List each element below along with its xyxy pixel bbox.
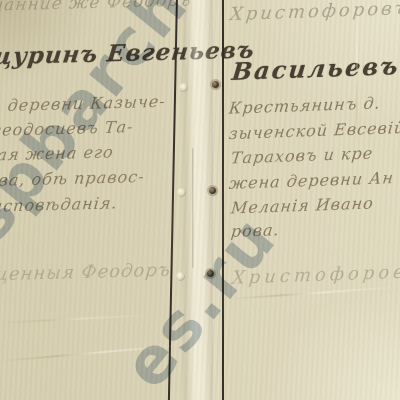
right-body-line: Тараховъ и кре — [230, 143, 374, 167]
binding-rivet — [212, 81, 219, 88]
emboss-mark — [176, 272, 185, 281]
left-body-line: ъ деревни Казыче- — [0, 92, 167, 116]
page-fold — [185, 0, 213, 400]
right-top-pencil-annotation: Христофоровъ — [229, 0, 400, 25]
ruled-line-right — [222, 0, 224, 400]
paper-crease — [228, 286, 400, 300]
left-top-pencil-annotation: нанние же Феодоръ — [0, 0, 193, 16]
right-body-line: Меланія Ивано — [230, 193, 375, 217]
document-scan: нанние же Феодоръ щуринъ Евгеньевъ ъ дер… — [0, 0, 400, 400]
left-body-line: ная жена его — [0, 142, 115, 164]
emboss-mark — [179, 83, 188, 92]
left-bottom-pencil-annotation: щенныя Феодоръ — [0, 260, 172, 286]
left-body-line: ова, обѣ правос- — [0, 167, 146, 190]
binding-rivet — [207, 270, 214, 277]
left-body-line: исповѣданія. — [0, 193, 119, 215]
right-body-line: Крестьянинъ д. — [228, 93, 382, 117]
right-body-line: рова. — [230, 220, 281, 241]
left-body-line: Феодосиевъ Та- — [0, 117, 135, 140]
left-heading-surname: щуринъ Евгеньевъ — [0, 36, 256, 70]
paper-crease — [0, 344, 184, 362]
fold-ridge — [192, 148, 195, 268]
right-body-line: зыченской Евсевій — [228, 118, 400, 143]
emboss-mark — [177, 188, 186, 197]
right-heading-surname: Васильевъ — [231, 51, 400, 86]
right-body-line: жена деревни Ан — [228, 168, 395, 193]
binding-rivet — [209, 187, 216, 194]
right-bottom-pencil-annotation: Христофоровъ в — [231, 260, 400, 289]
paper-crease — [0, 314, 150, 324]
